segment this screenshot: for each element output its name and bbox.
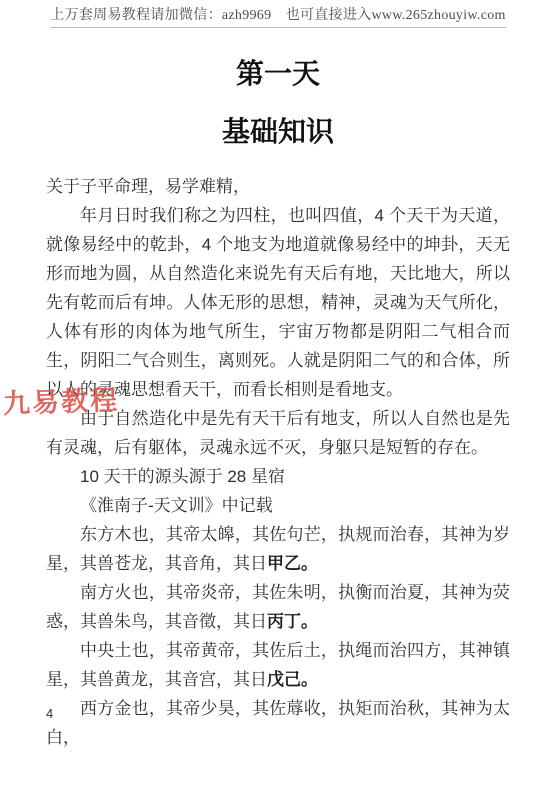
- paragraph: 由于自然造化中是先有天干后有地支，所以人自然也是先有灵魂，后有躯体，灵魂永远不灭…: [46, 404, 510, 462]
- paragraph: 关于子平命理，易学难精，: [46, 172, 510, 201]
- body-text: 关于子平命理，易学难精， 年月日时我们称之为四柱，也叫四值，4 个天干为天道，就…: [46, 172, 510, 752]
- paragraph: 年月日时我们称之为四柱，也叫四值，4 个天干为天道，就像易经中的乾卦，4 个地支…: [46, 201, 510, 404]
- paragraph: 中央土也，其帝黄帝，其佐后土，执绳而治四方，其神镇星，其兽黄龙，其音宫，其日戊己…: [46, 636, 510, 694]
- paragraph: 西方金也，其帝少昊，其佐蓐收，执矩而治秋，其神为太白，: [46, 694, 510, 752]
- page-number: 4: [46, 706, 53, 721]
- paragraph: 东方木也，其帝太皞，其佐句芒，执规而治春，其神为岁星，其兽苍龙，其音角，其日甲乙…: [46, 520, 510, 578]
- paragraph-text: 《淮南子-天文训》中记载: [80, 496, 273, 515]
- paragraph-text: 10 天干的源头源于 28 星宿: [80, 467, 285, 486]
- chapter-title: 第一天: [0, 52, 556, 92]
- heavenly-stems-bold: 戊己。: [267, 670, 318, 689]
- paragraph: 10 天干的源头源于 28 星宿: [46, 462, 510, 491]
- heavenly-stems-bold: 甲乙。: [267, 554, 318, 573]
- paragraph: 南方火也，其帝炎帝，其佐朱明，执衡而治夏，其神为荧惑，其兽朱鸟，其音徵，其日丙丁…: [46, 578, 510, 636]
- page-header: 上万套周易教程请加微信：azh9969 也可直接进入www.265zhouyiw…: [0, 4, 556, 28]
- heavenly-stems-bold: 丙丁。: [267, 612, 318, 631]
- header-promo-text: 上万套周易教程请加微信：azh9969 也可直接进入www.265zhouyiw…: [50, 4, 505, 28]
- paragraph-text: 由于自然造化中是先有天干后有地支，所以人自然也是先有灵魂，后有躯体，灵魂永远不灭…: [46, 409, 510, 457]
- paragraph: 《淮南子-天文训》中记载: [46, 491, 510, 520]
- paragraph-text: 年月日时我们称之为四柱，也叫四值，4 个天干为天道，就像易经中的乾卦，4 个地支…: [46, 206, 510, 399]
- paragraph-text: 西方金也，其帝少昊，其佐蓐收，执矩而治秋，其神为太白，: [46, 699, 510, 747]
- document-page: 上万套周易教程请加微信：azh9969 也可直接进入www.265zhouyiw…: [0, 0, 556, 790]
- section-title: 基础知识: [0, 110, 556, 150]
- paragraph-text: 关于子平命理，易学难精，: [46, 177, 250, 196]
